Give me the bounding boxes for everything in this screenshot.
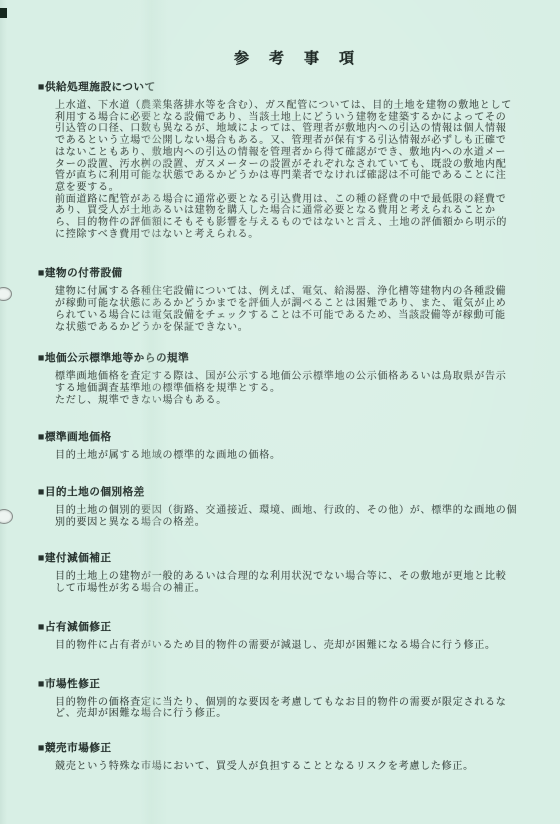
body-text-line: 利用する場合に必要となる設備であり、当該土地上にどういう建物を建築するかによって… xyxy=(55,112,534,124)
body-text-line: 標準画地価格を査定する際は、国が公示する地価公示標準地の公示価格あるいは鳥取県が… xyxy=(55,371,534,383)
body-text-line: 意を要する。 xyxy=(55,182,534,194)
body-text-line: 目的土地が属する地域の標準的な画地の価格。 xyxy=(55,450,534,462)
document-body: ■供給処理施設について上水道、下水道（農業集落排水等を含む）、ガス配管については… xyxy=(0,82,560,773)
body-text-line: 別的要因と異なる場合の格差。 xyxy=(55,517,534,529)
body-text-line: 目的土地の個別的要因（街路、交通接近、環境、画地、行政的、その他）が、標準的な画… xyxy=(55,505,534,517)
body-text-line: ど、売却が困難な場合に行う修正。 xyxy=(55,708,534,720)
document-section: ■標準画地価格目的土地が属する地域の標準的な画地の価格。 xyxy=(38,432,534,462)
section-body: 目的土地上の建物が一般的あるいは合理的な利用状況でない場合等に、その敷地が更地と… xyxy=(55,571,534,594)
body-text-line: ただし、規準できない場合もある。 xyxy=(55,395,534,407)
section-heading: ■目的土地の個別格差 xyxy=(38,487,534,499)
document-page: 参考事項 ■供給処理施設について上水道、下水道（農業集落排水等を含む）、ガス配管… xyxy=(0,0,560,824)
body-text-line: 上水道、下水道（農業集落排水等を含む）、ガス配管については、目的土地を建物の敷地… xyxy=(55,100,534,112)
body-text-line: であるという立場で公開しない場合もある。又、管理者が保有する引込情報が必ずしも正… xyxy=(55,135,534,147)
body-text-line: られている場合には電気設備をチェックすることは不可能であるため、当該設備等が稼動… xyxy=(55,310,534,322)
page-title: 参考事項 xyxy=(24,0,560,68)
section-body: 目的物件の価格査定に当たり、個別的な要因を考慮してもなお目的物件の需要が限定され… xyxy=(55,697,534,720)
body-text-line: 目的物件に占有者がいるため目的物件の需要が減退し、売却が困難になる場合に行う修正… xyxy=(55,640,534,652)
body-text-line: ら、目的物件の評価額にそもそも影響を与えるものではないと言え、土地の評価額から明… xyxy=(55,217,534,229)
section-body: 目的土地の個別的要因（街路、交通接近、環境、画地、行政的、その他）が、標準的な画… xyxy=(55,505,534,528)
document-section: ■地価公示標準地等からの規準標準画地価格を査定する際は、国が公示する地価公示標準… xyxy=(38,353,534,406)
scan-corner-mark xyxy=(0,8,7,18)
document-section: ■建付減価補正目的土地上の建物が一般的あるいは合理的な利用状況でない場合等に、そ… xyxy=(38,553,534,594)
body-text-line: はないこともあり、敷地内への引込の情報を管理者から得て確認ができ、敷地内への水道… xyxy=(55,147,534,159)
section-body: 建物に付属する各種住宅設備については、例えば、電気、給湯器、浄化槽等建物内の各種… xyxy=(55,286,534,333)
section-heading: ■占有減価修正 xyxy=(38,622,534,634)
body-text-line: ターの設置、汚水桝の設置、ガスメーターの設置がそれぞれなされていても、既設の敷地… xyxy=(55,159,534,171)
document-section: ■競売市場修正競売という特殊な市場において、買受人が負担することとなるリスクを考… xyxy=(38,743,534,773)
section-heading: ■建物の付帯設備 xyxy=(38,268,534,280)
body-text-line: 目的物件の価格査定に当たり、個別的な要因を考慮してもなお目的物件の需要が限定され… xyxy=(55,697,534,709)
document-section: ■目的土地の個別格差目的土地の個別的要因（街路、交通接近、環境、画地、行政的、そ… xyxy=(38,487,534,528)
document-section: ■供給処理施設について上水道、下水道（農業集落排水等を含む）、ガス配管については… xyxy=(38,82,534,240)
body-text-line: な状態であるかどうかを保証できない。 xyxy=(55,322,534,334)
section-heading: ■市場性修正 xyxy=(38,679,534,691)
section-heading: ■供給処理施設について xyxy=(38,82,534,94)
section-body: 標準画地価格を査定する際は、国が公示する地価公示標準地の公示価格あるいは鳥取県が… xyxy=(55,371,534,406)
body-text-line: 管が直ちに利用可能な状態であるかどうかは専門業者でなければ確認は不可能であること… xyxy=(55,170,534,182)
body-text-line: に控除すべき費用ではないと考えられる。 xyxy=(55,229,534,241)
body-text-line: 競売という特殊な市場において、買受人が負担することとなるリスクを考慮した修正。 xyxy=(55,761,534,773)
document-section: ■占有減価修正目的物件に占有者がいるため目的物件の需要が減退し、売却が困難になる… xyxy=(38,622,534,652)
body-text-line: あり、買受人が土地あるいは建物を購入した場合に通常必要となる費用と考えられること… xyxy=(55,205,534,217)
section-body: 目的物件に占有者がいるため目的物件の需要が減退し、売却が困難になる場合に行う修正… xyxy=(55,640,534,652)
document-section: ■市場性修正目的物件の価格査定に当たり、個別的な要因を考慮してもなお目的物件の需… xyxy=(38,679,534,720)
section-heading: ■標準画地価格 xyxy=(38,432,534,444)
body-text-line: 建物に付属する各種住宅設備については、例えば、電気、給湯器、浄化槽等建物内の各種… xyxy=(55,286,534,298)
body-text-line: して市場性が劣る場合の補正。 xyxy=(55,583,534,595)
body-text-line: 引込管の口径、口数も異なるが、地域によっては、管理者が敷地内への引込の情報は個人… xyxy=(55,123,534,135)
document-section: ■建物の付帯設備建物に付属する各種住宅設備については、例えば、電気、給湯器、浄化… xyxy=(38,268,534,333)
body-text-line: 目的土地上の建物が一般的あるいは合理的な利用状況でない場合等に、その敷地が更地と… xyxy=(55,571,534,583)
body-text-line: する地価調査基準地の標準価格を規準とする。 xyxy=(55,383,534,395)
section-heading: ■地価公示標準地等からの規準 xyxy=(38,353,534,365)
body-text-line: が稼動可能な状態にあるかどうかまでを評価人が調べることは困難であり、また、電気が… xyxy=(55,298,534,310)
section-body: 上水道、下水道（農業集落排水等を含む）、ガス配管については、目的土地を建物の敷地… xyxy=(55,100,534,240)
body-text-line: 前面道路に配管がある場合に通常必要となる引込費用は、この種の経費の中で最低限の経… xyxy=(55,194,534,206)
section-heading: ■競売市場修正 xyxy=(38,743,534,755)
section-body: 競売という特殊な市場において、買受人が負担することとなるリスクを考慮した修正。 xyxy=(55,761,534,773)
section-body: 目的土地が属する地域の標準的な画地の価格。 xyxy=(55,450,534,462)
section-heading: ■建付減価補正 xyxy=(38,553,534,565)
